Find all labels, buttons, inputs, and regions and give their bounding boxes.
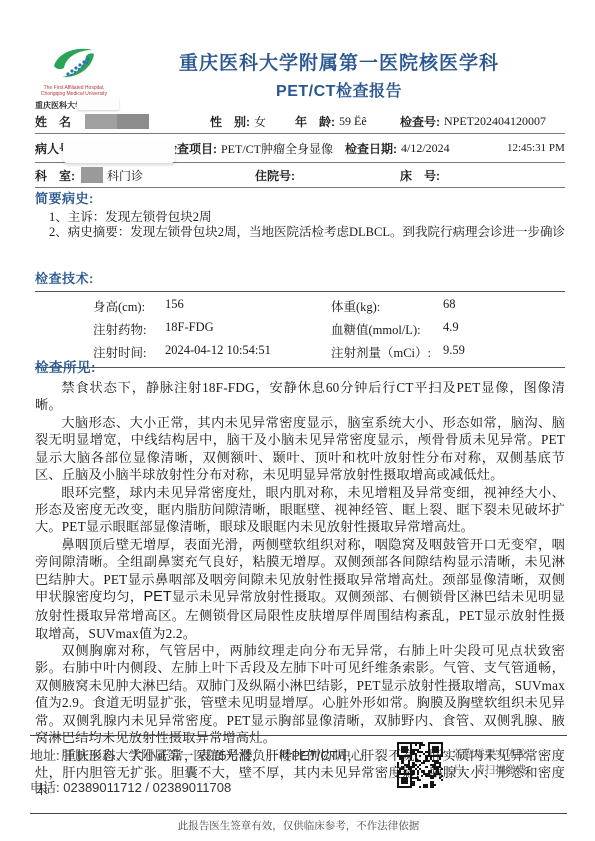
weight-value: 68 — [443, 297, 456, 315]
glucose-value: 4.9 — [443, 320, 459, 338]
history-section: 简要病史: 1、主诉：发现左锁骨包块2周 2、病史摘要：发现左锁骨包块2周，当地… — [35, 188, 565, 240]
bed-no-field: 床 号: — [400, 167, 565, 184]
technique-grid: 身高(cm): 156 体重(kg): 68 注射药物: 18F-FDG 血糖值… — [93, 297, 565, 361]
report-header: The First Affiliated Hospital, Chongqing… — [35, 44, 565, 111]
findings-paragraph: 鼻咽顶后壁无增厚，表面光滑，两侧壁软组织对称，咽隐窝及咽鼓管开口无变窄，咽旁间隙… — [35, 536, 565, 642]
hospital-logo: The First Affiliated Hospital, Chongqing… — [35, 44, 113, 111]
history-heading: 简要病史: — [35, 188, 565, 207]
report-page: The First Affiliated Hospital, Chongqing… — [0, 0, 595, 841]
exam-item-value: PET/CT肿瘤全身显像 — [221, 140, 333, 157]
department-label: 科 室: — [35, 167, 75, 184]
glucose-label: 血糖值(mmol/L): — [331, 320, 443, 338]
height-value: 156 — [165, 297, 184, 315]
weight-field: 体重(kg): 68 — [331, 297, 565, 315]
department-value: 科门诊 — [107, 167, 143, 184]
patient-age-field: 年 龄: 59 Ëê — [295, 113, 400, 130]
exam-date-field: 检查日期: 4/12/2024 — [345, 140, 495, 157]
glucose-field: 血糖值(mmol/L): 4.9 — [331, 320, 565, 338]
exam-time-field: 12:45:31 PM — [495, 142, 565, 155]
patient-sex-field: 性 别: 女 — [210, 113, 295, 130]
qr-code — [397, 742, 443, 788]
redaction-block — [63, 141, 175, 163]
report-subtitle: PET/CT检查报告 — [113, 78, 565, 101]
patient-info-table: 姓 名 性 别: 女 年 龄: 59 Ëê 检查号: NPET202404120… — [35, 110, 565, 188]
height-label: 身高(cm): — [93, 297, 165, 315]
exam-date-value: 4/12/2024 — [401, 141, 450, 156]
sex-value: 女 — [254, 113, 266, 130]
technique-heading: 检查技术: — [35, 268, 565, 287]
address-label: 地址: — [30, 748, 60, 763]
history-item: 2、病史摘要：发现左锁骨包块2周，当地医院活检考虑DLBCL。到我院行病理会诊进… — [49, 225, 565, 240]
age-label: 年 龄: — [295, 113, 335, 130]
sex-label: 性 别: — [210, 113, 250, 130]
findings-section: 检查所见: 禁食状态下，静脉注射18F-FDG，安静休息60分钟后行CT平扫及P… — [35, 356, 565, 799]
exam-no-value: NPET202404120007 — [444, 114, 546, 129]
exam-date-label: 检查日期: — [345, 140, 397, 157]
report-footer: 地址: 重庆医科大学附属第一医院5号楼负一楼PET/CT中心 电话: 02389… — [30, 735, 567, 833]
history-item: 1、主诉：发现左锁骨包块2周 — [49, 210, 565, 225]
department-field: 科 室: 科门诊 — [35, 167, 255, 184]
address-value: 重庆医科大学附属第一医院5号楼负一楼PET/CT中心 — [63, 748, 363, 763]
findings-text-run: PET — [144, 589, 172, 605]
patient-row-2: 病人号 检查项目: PET/CT肿瘤全身显像 检查日期: 4/12/2024 1… — [35, 134, 565, 163]
disclaimer: 此报告医生签章有效，仅供临床参考，不作法律依据 — [30, 813, 567, 833]
height-field: 身高(cm): 156 — [93, 297, 331, 315]
name-label: 姓 名 — [35, 113, 71, 130]
redaction-block — [81, 167, 103, 183]
hospital-name-chinese: 重庆医科大学附 — [35, 100, 113, 111]
technique-section: 检查技术: 身高(cm): 156 体重(kg): 68 注射药物: 18F-F… — [35, 268, 565, 368]
inpatient-no-label: 住院号: — [255, 167, 295, 184]
patient-no-field: 病人号 — [35, 140, 165, 157]
exam-item-field: 检查项目: PET/CT肿瘤全身显像 — [165, 140, 345, 157]
findings-paragraph: 禁食状态下，静脉注射18F-FDG，安静休息60分钟后行CT平扫及PET显像，图… — [35, 379, 565, 414]
drug-field: 注射药物: 18F-FDG — [93, 320, 331, 338]
page-title: 重庆医科大学附属第一医院核医学科 — [113, 48, 565, 75]
phone-label: 电话: — [30, 780, 60, 795]
patient-row-1: 姓 名 性 别: 女 年 龄: 59 Ëê 检查号: NPET202404120… — [35, 110, 565, 134]
findings-heading: 检查所见: — [35, 356, 565, 376]
phone-value: 02389011712 / 02389011708 — [63, 780, 231, 795]
findings-paragraph: 双侧胸廓对称，气管居中，两肺纹理走向分布无异常，右肺上叶尖段可见点状致密影。右肺… — [35, 642, 565, 747]
bed-no-label: 床 号: — [400, 167, 440, 184]
address-line: 地址: 重庆医科大学附属第一医院5号楼负一楼PET/CT中心 — [30, 745, 397, 764]
phone-line: 电话: 02389011712 / 02389011708 — [30, 777, 397, 796]
exam-no-label: 检查号: — [400, 113, 440, 130]
inpatient-no-field: 住院号: — [255, 167, 400, 184]
header-titles: 重庆医科大学附属第一医院核医学科 PET/CT检查报告 — [113, 44, 565, 101]
qr-block: 若您需要实体胶片，请扫描缴费 — [397, 745, 567, 809]
hospital-name-english: The First Affiliated Hospital, Chongqing… — [35, 85, 113, 98]
findings-paragraph: 眼环完整，球内未见异常密度灶，眼内肌对称，未见增粗及异常变细，视神经大小、形态及… — [35, 484, 565, 536]
weight-label: 体重(kg): — [331, 297, 443, 315]
patient-row-3: 科 室: 科门诊 住院号: 床 号: — [35, 163, 565, 188]
hospital-logo-icon — [35, 44, 113, 84]
contact-info: 地址: 重庆医科大学附属第一医院5号楼负一楼PET/CT中心 电话: 02389… — [30, 745, 397, 809]
drug-label: 注射药物: — [93, 320, 165, 338]
findings-paragraph: 大脑形态、大小正常，其内未见异常密度显示，脑室系统大小、形态如常，脑沟、脑裂无明… — [35, 414, 565, 484]
redaction-block — [77, 98, 119, 110]
patient-name-field: 姓 名 — [35, 113, 210, 130]
qr-note: 若您需要实体胶片，请扫描缴费 — [453, 747, 537, 779]
history-list: 1、主诉：发现左锁骨包块2周 2、病史摘要：发现左锁骨包块2周，当地医院活检考虑… — [49, 210, 565, 240]
redaction-block — [85, 114, 149, 129]
footer-contact-block: 地址: 重庆医科大学附属第一医院5号楼负一楼PET/CT中心 电话: 02389… — [30, 735, 567, 809]
age-value: 59 Ëê — [339, 114, 367, 129]
drug-value: 18F-FDG — [165, 320, 214, 338]
exam-time-value: 12:45:31 PM — [507, 142, 565, 155]
exam-no-field: 检查号: NPET202404120007 — [400, 113, 565, 130]
